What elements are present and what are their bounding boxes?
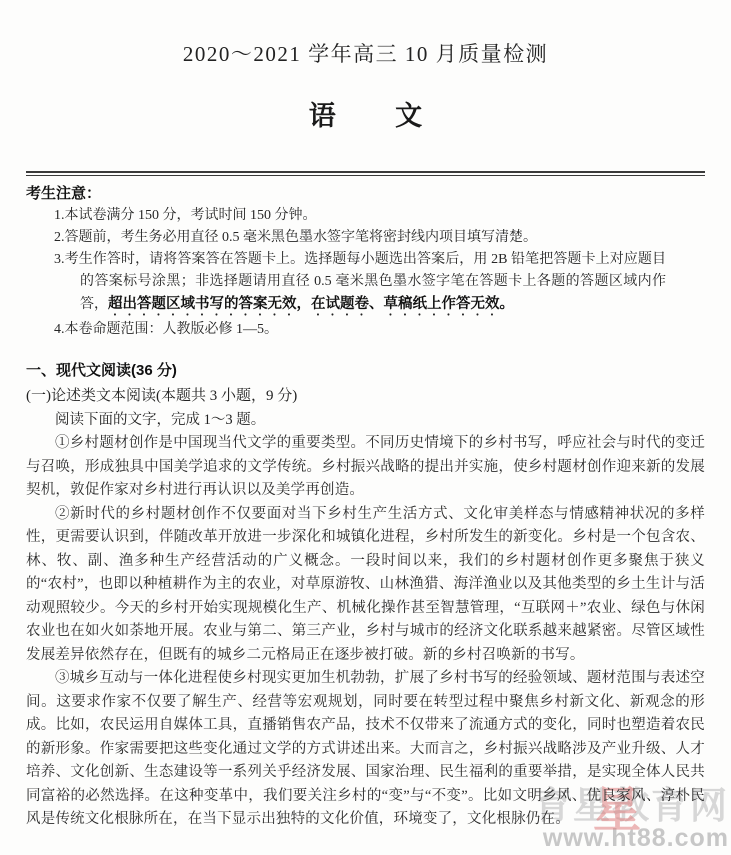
- reading-passage: ①乡村题材创作是中国现当代文学的重要类型。不同历史情境下的乡村书写，呼应社会与时…: [26, 432, 705, 832]
- candidate-notice-section: 考生注意： 1.本试卷满分 150 分，考试时间 150 分钟。 2.答题前，考…: [26, 183, 705, 341]
- page-content: 2020～2021 学年高三 10 月质量检测 语文 考生注意： 1.本试卷满分…: [0, 0, 731, 832]
- notice-item-text: 1.本试卷满分 150 分，考试时间 150 分钟。: [54, 208, 317, 223]
- divider-double-line: [26, 171, 705, 176]
- passage-paragraph: ②新时代的乡村题材创作不仅要面对当下乡村生产生活方式、文化审美样态与情感精神状况…: [26, 503, 705, 668]
- notice-item: 4.本卷命题范围：人教版必修 1—5。: [54, 319, 666, 341]
- subject-title: 语文: [26, 94, 705, 133]
- notice-item: 1.本试卷满分 150 分，考试时间 150 分钟。: [54, 205, 666, 227]
- exam-paper-page: 育星教育网 www.ht88.com 星 2020～2021 学年高三 10 月…: [0, 0, 731, 855]
- notice-item: 2.答题前，考生务必用直径 0.5 毫米黑色墨水签字笔将密封线内项目填写清楚。: [54, 227, 666, 249]
- notice-item-text: 2.答题前，考生务必用直径 0.5 毫米黑色墨水签字笔将密封线内项目填写清楚。: [54, 230, 537, 245]
- notice-list: 1.本试卷满分 150 分，考试时间 150 分钟。 2.答题前，考生务必用直径…: [54, 205, 666, 341]
- subsection-heading: (一)论述类文本阅读(本题共 3 小题，9 分): [26, 384, 705, 408]
- notice-item: 3.考生作答时，请将答案答在答题卡上。选择题每小题选出答案后，用 2B 铅笔把答…: [54, 249, 666, 319]
- modern-reading-section: 一、现代文阅读(36 分) (一)论述类文本阅读(本题共 3 小题，9 分) 阅…: [26, 359, 705, 832]
- passage-paragraph: ③城乡互动与一体化进程使乡村现实更加生机勃勃，扩展了乡村书写的经验领域、题材范围…: [26, 667, 705, 832]
- notice-heading: 考生注意：: [26, 183, 705, 205]
- notice-item-emphasis-text: 超出答题区域书写的答案无效，在试题卷、草稿纸上作答无效。: [108, 296, 514, 312]
- exam-title: 2020～2021 学年高三 10 月质量检测: [26, 38, 705, 68]
- passage-paragraph: ①乡村题材创作是中国现当代文学的重要类型。不同历史情境下的乡村书写，呼应社会与时…: [26, 432, 705, 503]
- reading-instruction: 阅读下面的文字，完成 1～3 题。: [26, 408, 705, 432]
- notice-item-text: 4.本卷命题范围：人教版必修 1—5。: [54, 322, 278, 337]
- section-heading: 一、现代文阅读(36 分): [26, 359, 705, 383]
